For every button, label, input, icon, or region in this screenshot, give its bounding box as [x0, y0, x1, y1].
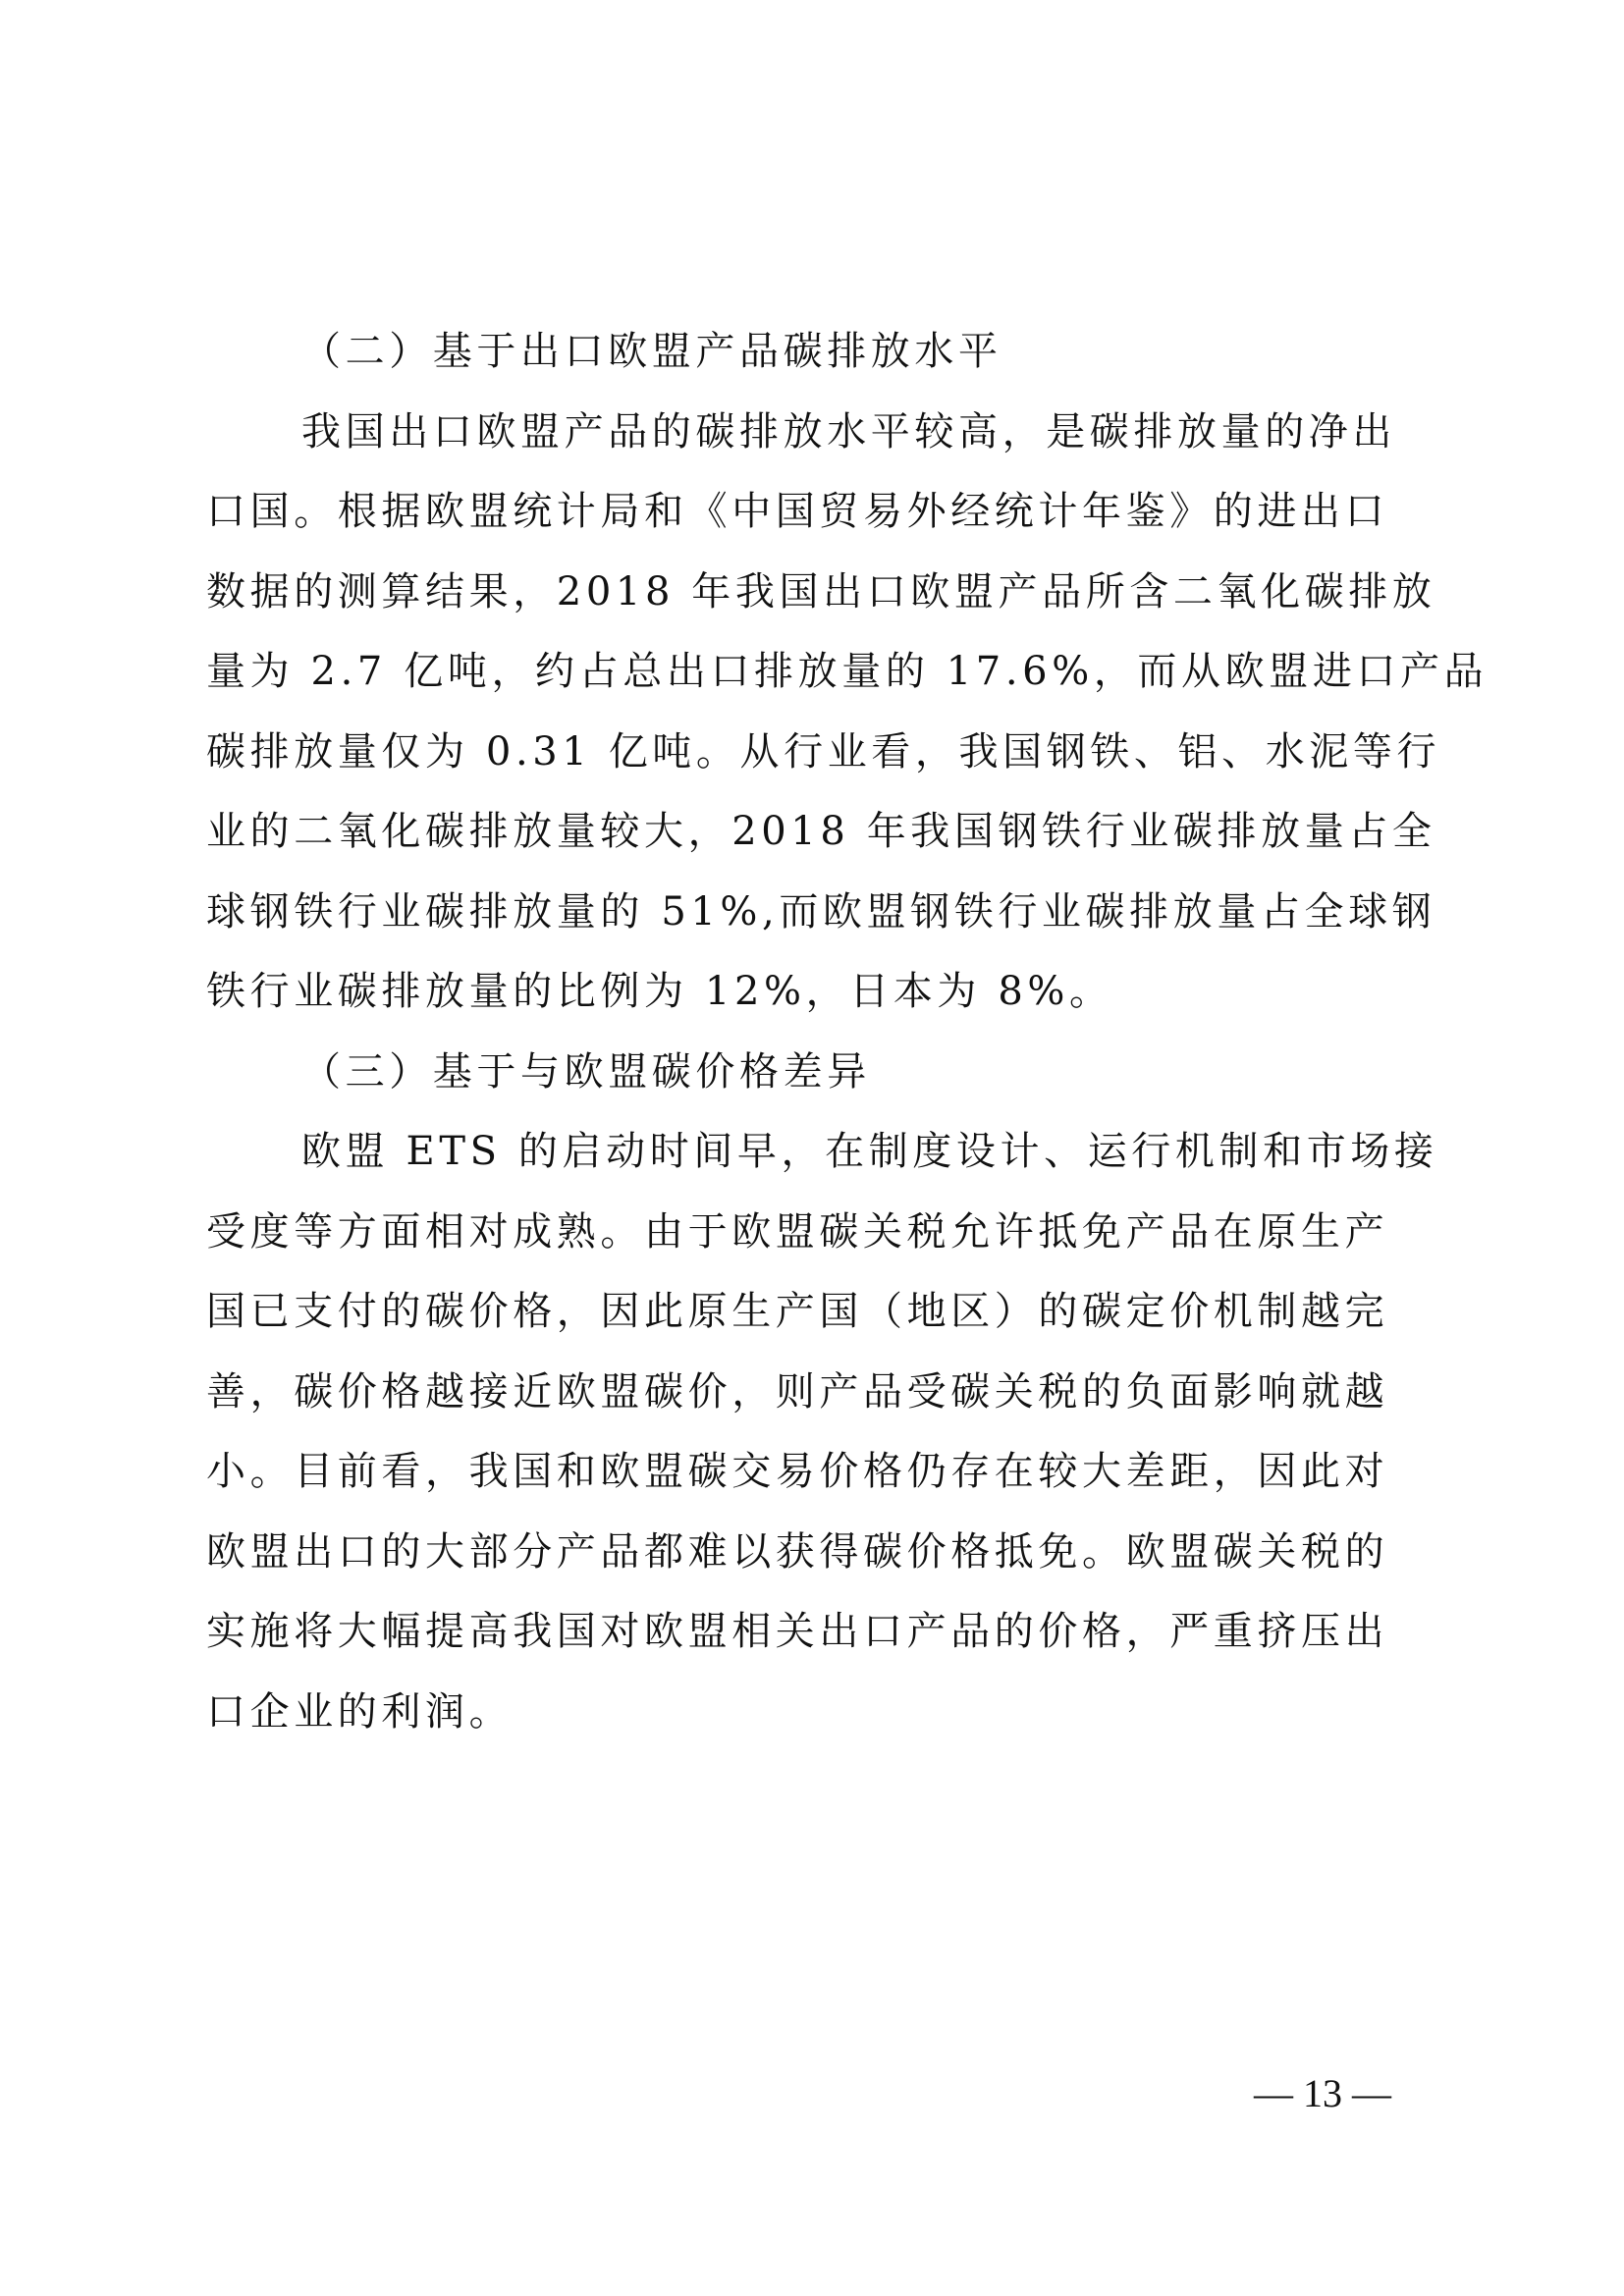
section-paragraph-3: 欧盟 ETS 的启动时间早，在制度设计、运行机制和市场接 受度等方面相对成熟。由… [206, 1112, 1422, 1752]
section-paragraph-2: 我国出口欧盟产品的碳排放水平较高，是碳排放量的净出 口国。根据欧盟统计局和《中国… [206, 393, 1422, 1033]
page-number: — 13 — [1254, 2071, 1421, 2116]
paragraph-line: 量为 2.7 亿吨，约占总出口排放量的 17.6%，而从欧盟进口产品 [206, 632, 1422, 713]
paragraph-line: 球钢铁行业碳排放量的 51%,而欧盟钢铁行业碳排放量占全球钢 [206, 873, 1422, 953]
paragraph-line: 碳排放量仅为 0.31 亿吨。从行业看，我国钢铁、铝、水泥等行 [206, 713, 1422, 793]
paragraph-line: 业的二氧化碳排放量较大，2018 年我国钢铁行业碳排放量占全 [206, 792, 1422, 873]
paragraph-line: 小。目前看，我国和欧盟碳交易价格仍存在较大差距，因此对 [206, 1432, 1422, 1513]
paragraph-line: 受度等方面相对成熟。由于欧盟碳关税允许抵免产品在原生产 [206, 1193, 1422, 1273]
paragraph-line: 数据的测算结果，2018 年我国出口欧盟产品所含二氧化碳排放 [206, 553, 1422, 633]
page-body: （二）基于出口欧盟产品碳排放水平 我国出口欧盟产品的碳排放水平较高，是碳排放量的… [206, 312, 1422, 1752]
paragraph-line: 我国出口欧盟产品的碳排放水平较高，是碳排放量的净出 [206, 393, 1422, 473]
paragraph-line: 欧盟 ETS 的启动时间早，在制度设计、运行机制和市场接 [206, 1112, 1422, 1193]
section-heading-2: （二）基于出口欧盟产品碳排放水平 [206, 312, 1422, 393]
paragraph-line: 善，碳价格越接近欧盟碳价，则产品受碳关税的负面影响就越 [206, 1353, 1422, 1433]
section-heading-3: （三）基于与欧盟碳价格差异 [206, 1033, 1422, 1113]
paragraph-line: 欧盟出口的大部分产品都难以获得碳价格抵免。欧盟碳关税的 [206, 1513, 1422, 1593]
paragraph-line: 国已支付的碳价格，因此原生产国（地区）的碳定价机制越完 [206, 1272, 1422, 1353]
paragraph-line: 铁行业碳排放量的比例为 12%，日本为 8%。 [206, 952, 1422, 1033]
paragraph-line: 口企业的利润。 [206, 1673, 1422, 1753]
paragraph-line: 口国。根据欧盟统计局和《中国贸易外经统计年鉴》的进出口 [206, 472, 1422, 553]
paragraph-line: 实施将大幅提高我国对欧盟相关出口产品的价格，严重挤压出 [206, 1592, 1422, 1673]
document-page: （二）基于出口欧盟产品碳排放水平 我国出口欧盟产品的碳排放水平较高，是碳排放量的… [0, 0, 1624, 2296]
